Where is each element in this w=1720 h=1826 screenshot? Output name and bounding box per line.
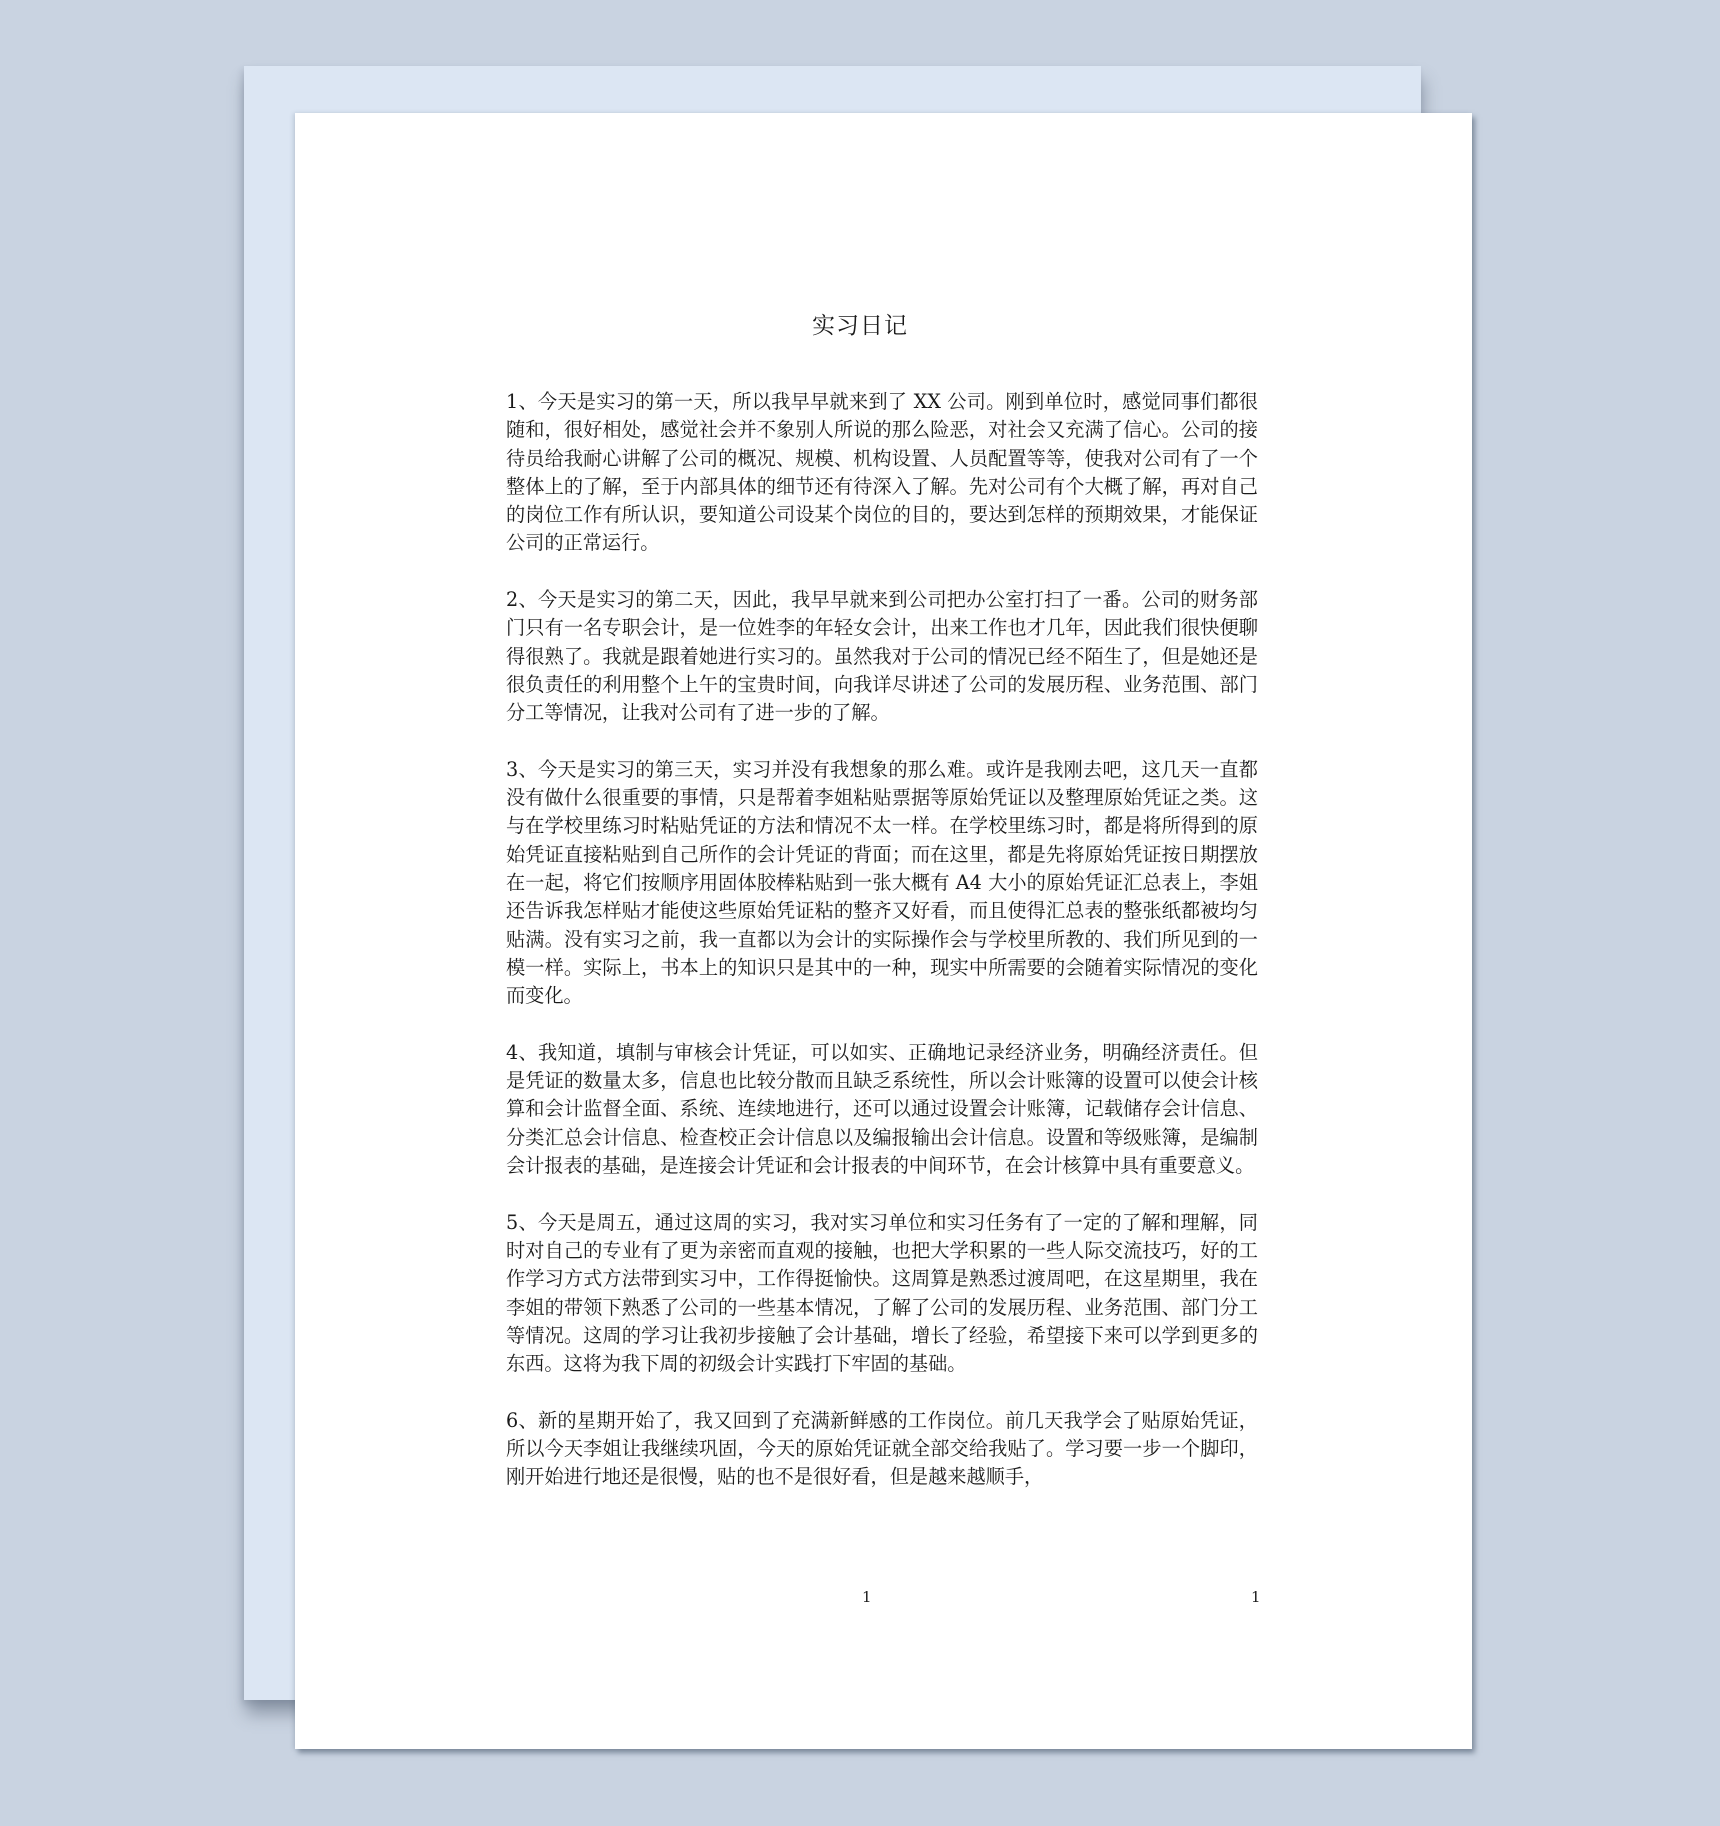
diary-entry-6: 6、新的星期开始了，我又回到了充满新鲜感的工作岗位。前几天我学会了贴原始凭证，所… — [506, 1407, 1258, 1492]
diary-entry-3: 3、今天是实习的第三天，实习并没有我想象的那么难。或许是我刚去吧，这几天一直都没… — [506, 756, 1258, 1011]
page-number-center: 1 — [862, 1586, 872, 1608]
document-title: 实习日记 — [0, 310, 1720, 342]
diary-entry-2: 2、今天是实习的第二天，因此，我早早就来到公司把办公室打扫了一番。公司的财务部门… — [506, 586, 1258, 727]
diary-entry-4: 4、我知道，填制与审核会计凭证，可以如实、正确地记录经济业务，明确经济责任。但是… — [506, 1039, 1258, 1180]
page-number-right: 1 — [1251, 1586, 1261, 1608]
document-body: 1、今天是实习的第一天，所以我早早就来到了 XX 公司。刚到单位时，感觉同事们都… — [506, 388, 1258, 1520]
diary-entry-5: 5、今天是周五，通过这周的实习，我对实习单位和实习任务有了一定的了解和理解，同时… — [506, 1209, 1258, 1379]
diary-entry-1: 1、今天是实习的第一天，所以我早早就来到了 XX 公司。刚到单位时，感觉同事们都… — [506, 388, 1258, 558]
